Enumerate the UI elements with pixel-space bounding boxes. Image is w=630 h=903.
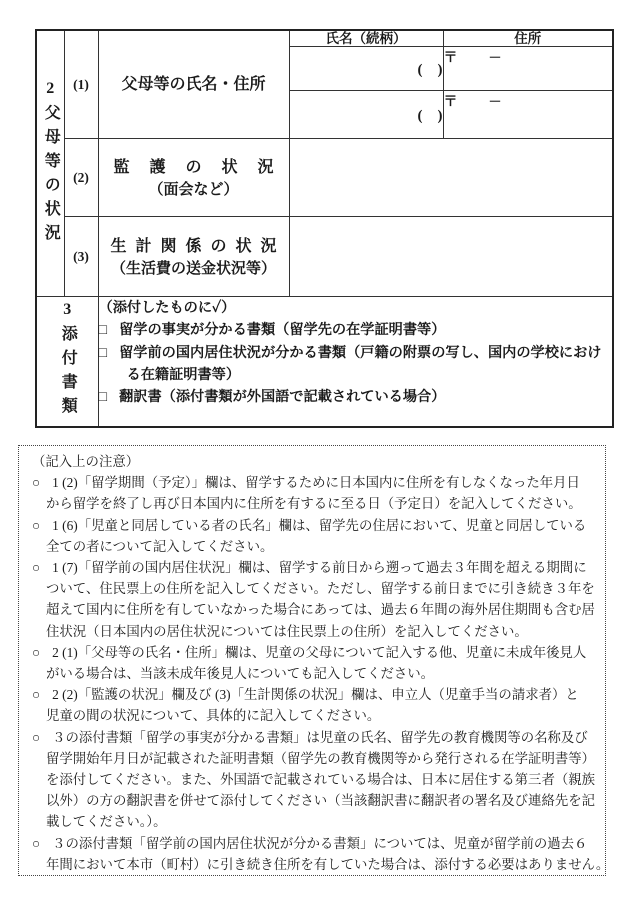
note-item-continuation-line: 年間において本市（町村）に引き続き住所を有していた場合は、添付する必要はありませ…: [19, 854, 605, 875]
attachment-checkbox-label: 留学の事実が分かる書類（留学先の在学証明書等）: [119, 322, 445, 338]
address-column-header: 住所: [443, 30, 613, 47]
form-table: 2 父母等の状況 (1) 父母等の氏名・住所 氏名（続柄） 住所 ( ) 〒－ …: [35, 29, 614, 428]
notes-title: （記入上の注意）: [19, 451, 605, 472]
note-bullet-icon: ○: [32, 518, 40, 533]
section2-side-title: 父母等の状況: [41, 104, 59, 248]
parent2-address-field[interactable]: 〒－: [443, 91, 613, 139]
livelihood-input-field[interactable]: [289, 217, 613, 297]
note-bullet-icon: ○: [32, 836, 40, 851]
note-item-first-line: ○1 (6)「児童と同居している者の氏名」欄は、留学先の住居において、児童と同居…: [19, 515, 605, 536]
note-text: 超えて国内に住所を有していなかった場合にあっては、過去６年間の海外居住期間も含む…: [46, 602, 595, 617]
note-item-continuation-line: 住状況（日本国内の居住状況については住民票上の住所）を記入してください。: [19, 621, 605, 642]
note-item-continuation-line: 児童の間の状況について、具体的に記入してください。: [19, 705, 605, 726]
note-item-first-line: ○2 (2)「監護の状況」欄及び (3)「生計関係の状況」欄は、申立人（児童手当…: [19, 684, 605, 705]
postal-dash: －: [489, 50, 502, 65]
parent2-name-field[interactable]: ( ): [289, 91, 443, 139]
notes-box: （記入上の注意） ○1 (2)「留学期間（予定）」欄は、留学するために日本国内に…: [18, 445, 606, 876]
note-item-continuation-line: 超えて国内に住所を有していなかった場合にあっては、過去６年間の海外居住期間も含む…: [19, 599, 605, 620]
note-bullet-icon: ○: [32, 730, 40, 745]
note-text: 2 (1)「父母等の氏名・住所」欄は、児童の父母について記入する他、児童に未成年…: [52, 645, 586, 660]
parent1-address-field[interactable]: 〒－: [443, 47, 613, 91]
postal-mark-icon: 〒: [444, 51, 458, 66]
section2-side-wrap: 2 父母等の状況: [37, 80, 64, 248]
row1-label-cell: 父母等の氏名・住所: [98, 30, 289, 139]
row2-number: (2): [64, 139, 98, 217]
section3-number: 3: [63, 301, 71, 318]
guardianship-label: 監護の状況: [99, 156, 309, 180]
attachment-checkbox-item: □留学の事実が分かる書類（留学先の在学証明書等）: [99, 319, 613, 341]
note-item-continuation-line: がいる場合は、当該未成年後見人についても記入してください。: [19, 663, 605, 684]
note-item-first-line: ○2 (1)「父母等の氏名・住所」欄は、児童の父母について記入する他、児童に未成…: [19, 642, 605, 663]
note-text: 載してください。）。: [46, 814, 167, 829]
note-item-continuation-line: 留学開始年月日が記載された証明書類（留学先の教育機関等から発行される在学証明書等…: [19, 748, 605, 769]
attachments-hint: （添付したものに✓）: [99, 297, 613, 319]
name-column-header: 氏名（続柄）: [289, 30, 443, 47]
note-item-continuation-line: ついて、住民票上の住所を記入してください。ただし、留学する前日までに引き続き３年…: [19, 578, 605, 599]
note-item-first-line: ○1 (7)「留学前の国内居住状況」欄は、留学する前日から遡って過去３年間を超え…: [19, 557, 605, 578]
attachment-checkbox-label: 翻訳書（添付書類が外国語で記載されている場合）: [119, 389, 445, 405]
note-item-continuation-line: を添付してください。また、外国語で記載されている場合は、日本に居住する第三者（親…: [19, 769, 605, 790]
row3-number: (3): [64, 217, 98, 297]
note-text: 年間において本市（町村）に引き続き住所を有していた場合は、添付する必要はありませ…: [46, 857, 609, 872]
note-text: がいる場合は、当該未成年後見人についても記入してください。: [46, 666, 434, 681]
postal-dash: －: [489, 94, 502, 109]
attachment-checkbox-label: 留学前の国内居住状況が分かる書類（戸籍の附票の写し、国内の学校における在籍証明書…: [119, 345, 601, 383]
parent1-name-field[interactable]: ( ): [289, 47, 443, 91]
checkbox-icon[interactable]: □: [99, 345, 108, 361]
checkbox-icon[interactable]: □: [99, 389, 108, 405]
guardianship-input-field[interactable]: [289, 139, 613, 217]
row2-label-cell: 監護の状況 （面会など）: [98, 139, 289, 217]
section2-side-cell: 2 父母等の状況: [36, 30, 64, 297]
guardianship-sublabel: （面会など）: [99, 180, 289, 200]
note-bullet-icon: ○: [32, 687, 40, 702]
note-item-continuation-line: 以外）の方の翻訳書を併せて添付してください（当該翻訳書に翻訳者の署名及び連絡先を…: [19, 790, 605, 811]
livelihood-label: 生計関係の状況: [99, 235, 298, 259]
note-item-continuation-line: 全ての者について記入してください。: [19, 536, 605, 557]
note-bullet-icon: ○: [32, 645, 40, 660]
notes-item-list: ○1 (2)「留学期間（予定）」欄は、留学するために日本国内に住所を有しなくなっ…: [19, 472, 605, 875]
note-text: ３の添付書類「留学前の国内居住状況が分かる書類」については、児童が留学前の過去６: [52, 836, 587, 851]
note-item-continuation-line: 載してください。）。: [19, 811, 605, 832]
section3-side-title: 添付書類: [58, 325, 76, 421]
checkbox-icon[interactable]: □: [99, 322, 108, 338]
note-text: を添付してください。また、外国語で記載されている場合は、日本に居住する第三者（親…: [46, 772, 595, 787]
note-text: 2 (2)「監護の状況」欄及び (3)「生計関係の状況」欄は、申立人（児童手当の…: [52, 687, 579, 702]
note-item-first-line: ○３の添付書類「留学前の国内居住状況が分かる書類」については、児童が留学前の過去…: [19, 833, 605, 854]
livelihood-sublabel: （生活費の送金状況等）: [99, 259, 289, 279]
note-text: 1 (6)「児童と同居している者の氏名」欄は、留学先の住居において、児童と同居し…: [52, 518, 586, 533]
row1-label: 父母等の氏名・住所: [99, 73, 289, 97]
section3-side-cell: 3 添付書類: [36, 297, 98, 427]
note-text: 児童の間の状況について、具体的に記入してください。: [46, 708, 380, 723]
section3-side-wrap: 3 添付書類: [37, 301, 98, 421]
postal-mark-icon: 〒: [444, 95, 458, 110]
attachment-checkbox-item: □翻訳書（添付書類が外国語で記載されている場合）: [99, 386, 613, 408]
note-text: ついて、住民票上の住所を記入してください。ただし、留学する前日までに引き続き３年…: [46, 581, 595, 596]
section2-number: 2: [46, 80, 54, 97]
row1-number: (1): [64, 30, 98, 139]
attachment-checkbox-list: □留学の事実が分かる書類（留学先の在学証明書等）□留学前の国内居住状況が分かる書…: [99, 319, 613, 408]
note-item-first-line: ○３の添付書類「留学の事実が分かる書類」は児童の氏名、留学先の教育機関等の名称及…: [19, 727, 605, 748]
note-text: 以外）の方の翻訳書を併せて添付してください（当該翻訳書に翻訳者の署名及び連絡先を…: [46, 793, 595, 808]
note-bullet-icon: ○: [32, 475, 40, 490]
note-bullet-icon: ○: [32, 560, 40, 575]
note-text: 1 (7)「留学前の国内居住状況」欄は、留学する前日から遡って過去３年間を超える…: [52, 560, 587, 575]
application-form-page: 2 父母等の状況 (1) 父母等の氏名・住所 氏名（続柄） 住所 ( ) 〒－ …: [0, 0, 630, 903]
parent1-relation-parens: ( ): [418, 62, 443, 78]
note-text: 全ての者について記入してください。: [46, 539, 273, 554]
note-text: 留学開始年月日が記載された証明書類（留学先の教育機関等から発行される在学証明書等…: [46, 751, 595, 766]
attachments-cell: （添付したものに✓） □留学の事実が分かる書類（留学先の在学証明書等）□留学前の…: [98, 297, 613, 427]
note-text: ３の添付書類「留学の事実が分かる書類」は児童の氏名、留学先の教育機関等の名称及び: [52, 730, 588, 745]
note-item-continuation-line: から留学を終了し再び日本国内に住所を有するに至る日（予定日）を記入してください。: [19, 493, 605, 514]
note-text: 住状況（日本国内の居住状況については住民票上の住所）を記入してください。: [46, 624, 528, 639]
row3-label-cell: 生計関係の状況 （生活費の送金状況等）: [98, 217, 289, 297]
note-text: 1 (2)「留学期間（予定）」欄は、留学するために日本国内に住所を有しなくなった…: [52, 475, 580, 490]
note-text: から留学を終了し再び日本国内に住所を有するに至る日（予定日）を記入してください。: [46, 496, 582, 511]
parent2-relation-parens: ( ): [418, 108, 443, 124]
attachment-checkbox-item: □留学前の国内居住状況が分かる書類（戸籍の附票の写し、国内の学校における在籍証明…: [99, 342, 613, 387]
note-item-first-line: ○1 (2)「留学期間（予定）」欄は、留学するために日本国内に住所を有しなくなっ…: [19, 472, 605, 493]
